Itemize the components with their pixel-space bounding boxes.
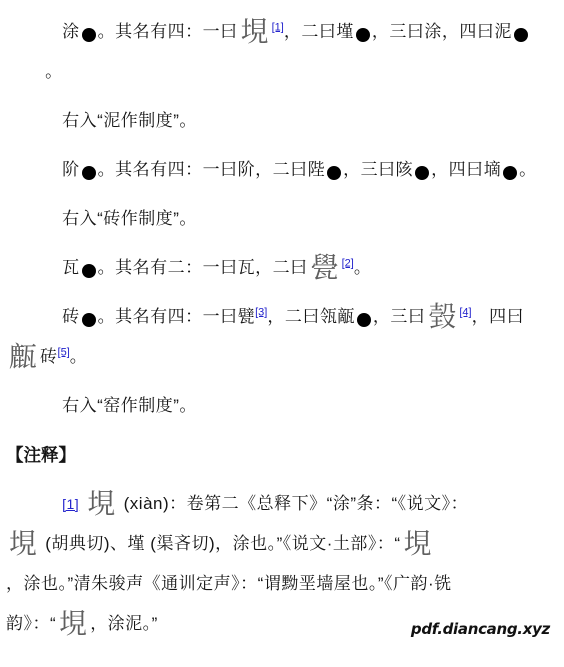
watermark: pdf.diancang.xyz	[411, 620, 550, 638]
footnote-ref-link[interactable]: [5]	[58, 346, 70, 358]
text-run: 。其名有四：一曰	[98, 22, 238, 41]
para-right-entry-ni: 右入“泥作制度”。	[6, 101, 554, 141]
rare-character-glyph: 㼾	[9, 340, 37, 373]
text-run: 砖	[40, 347, 58, 366]
text-run: 阶	[62, 160, 80, 179]
text-run: ，四曰	[472, 307, 525, 326]
text-run: ，二曰瓴甋	[267, 307, 355, 326]
annotation-note-badge[interactable]: 注	[82, 166, 96, 180]
text-run: 韵》：“	[6, 614, 56, 633]
annotation-note-badge[interactable]: 注	[503, 166, 517, 180]
text-run: ，涂泥。”	[90, 614, 158, 633]
annotation-note-badge[interactable]: 注	[415, 166, 429, 180]
footnote-superscript: [4]	[459, 306, 471, 318]
text-body: 涂注。其名有四：一曰垷[1]，二曰墐注，三曰涂，四曰泥注。右入“泥作制度”。阶注…	[0, 0, 564, 644]
footnote-superscript: [1]	[272, 21, 284, 33]
text-run: 右入“砖作制度”。	[62, 209, 197, 228]
footnote-number-link[interactable]: [1]	[62, 496, 79, 512]
annotation-note-badge[interactable]: 注	[82, 313, 96, 327]
para-zhuan-names: 砖注。其名有四：一曰甓[3]，二曰瓴甋注，三曰㲄[4]，四曰㼾砖[5]。	[6, 297, 554, 377]
text-run: 。	[70, 347, 88, 366]
text-run: ，三曰	[373, 307, 426, 326]
footnote-ref-link[interactable]: [1]	[272, 21, 284, 33]
rare-character-glyph: 垷	[241, 15, 269, 48]
text-run: 右入“泥作制度”。	[62, 111, 197, 130]
document-page: { "heading": "【注释】", "note_badge_label":…	[0, 0, 564, 667]
text-run: 右入“窑作制度”。	[62, 396, 197, 415]
text-run	[79, 494, 84, 513]
text-run: (胡典切)、墐 (渠吝切)，涂也。”《说文·土部》：“	[40, 534, 401, 553]
rare-character-glyph: 垷	[9, 527, 37, 560]
footnote-superscript: [2]	[342, 257, 354, 269]
annotation-note-badge[interactable]: 注	[82, 28, 96, 42]
footnote-superscript: [5]	[58, 346, 70, 358]
para-tu-names: 涂注。其名有四：一曰垷[1]，二曰墐注，三曰涂，四曰泥注。	[6, 12, 554, 92]
text-run: ，三曰涂，四曰泥	[372, 22, 512, 41]
text-run: 。其名有四：一曰甓	[98, 307, 256, 326]
annotation-note-badge[interactable]: 注	[514, 28, 528, 42]
footnote-ref-link[interactable]: [3]	[255, 306, 267, 318]
text-run: 瓦	[62, 258, 80, 277]
text-run: (xiàn)：卷第二《总释下》“涂”条：“《说文》：	[118, 494, 468, 513]
annotation-note-badge[interactable]: 注	[327, 166, 341, 180]
rare-character-glyph: 垷	[404, 527, 432, 560]
rare-character-glyph: 垷	[87, 487, 115, 520]
text-run: 。其名有四：一曰阶，二曰陛	[98, 160, 326, 179]
text-run: ，三曰陔	[343, 160, 413, 179]
text-run: 。其名有二：一曰瓦，二曰	[98, 258, 308, 277]
text-run: ，二曰墐	[284, 22, 354, 41]
text-run: 。	[354, 258, 372, 277]
text-run: 。	[519, 160, 537, 179]
rare-character-glyph: 垷	[59, 607, 87, 640]
footnote-superscript: [3]	[255, 306, 267, 318]
para-right-entry-yao: 右入“窑作制度”。	[6, 386, 554, 426]
text-run: ，涂也。”清朱骏声《通训定声》：“谓黝垩墙屋也。”《广韵·铣	[6, 574, 452, 593]
text-run: ，四曰墑	[431, 160, 501, 179]
annotation-note-badge[interactable]: 注	[357, 313, 371, 327]
annotation-note-badge[interactable]: 注	[356, 28, 370, 42]
footnote-ref-link[interactable]: [2]	[342, 257, 354, 269]
para-right-entry-zhuan-zuo: 右入“砖作制度”。	[6, 199, 554, 239]
heading-annotations: 【注释】	[6, 435, 554, 475]
text-run: 涂	[62, 22, 80, 41]
text-run: 。	[45, 62, 63, 81]
text-run: 砖	[62, 307, 80, 326]
rare-character-glyph: 㽇	[311, 251, 339, 284]
para-wa-names: 瓦注。其名有二：一曰瓦，二曰㽇[2]。	[6, 248, 554, 288]
para-jie-names: 阶注。其名有四：一曰阶，二曰陛注，三曰陔注，四曰墑注。	[6, 150, 554, 190]
annotation-note-badge[interactable]: 注	[82, 264, 96, 278]
footnote-ref-link[interactable]: [4]	[459, 306, 471, 318]
rare-character-glyph: 㲄	[428, 300, 456, 333]
